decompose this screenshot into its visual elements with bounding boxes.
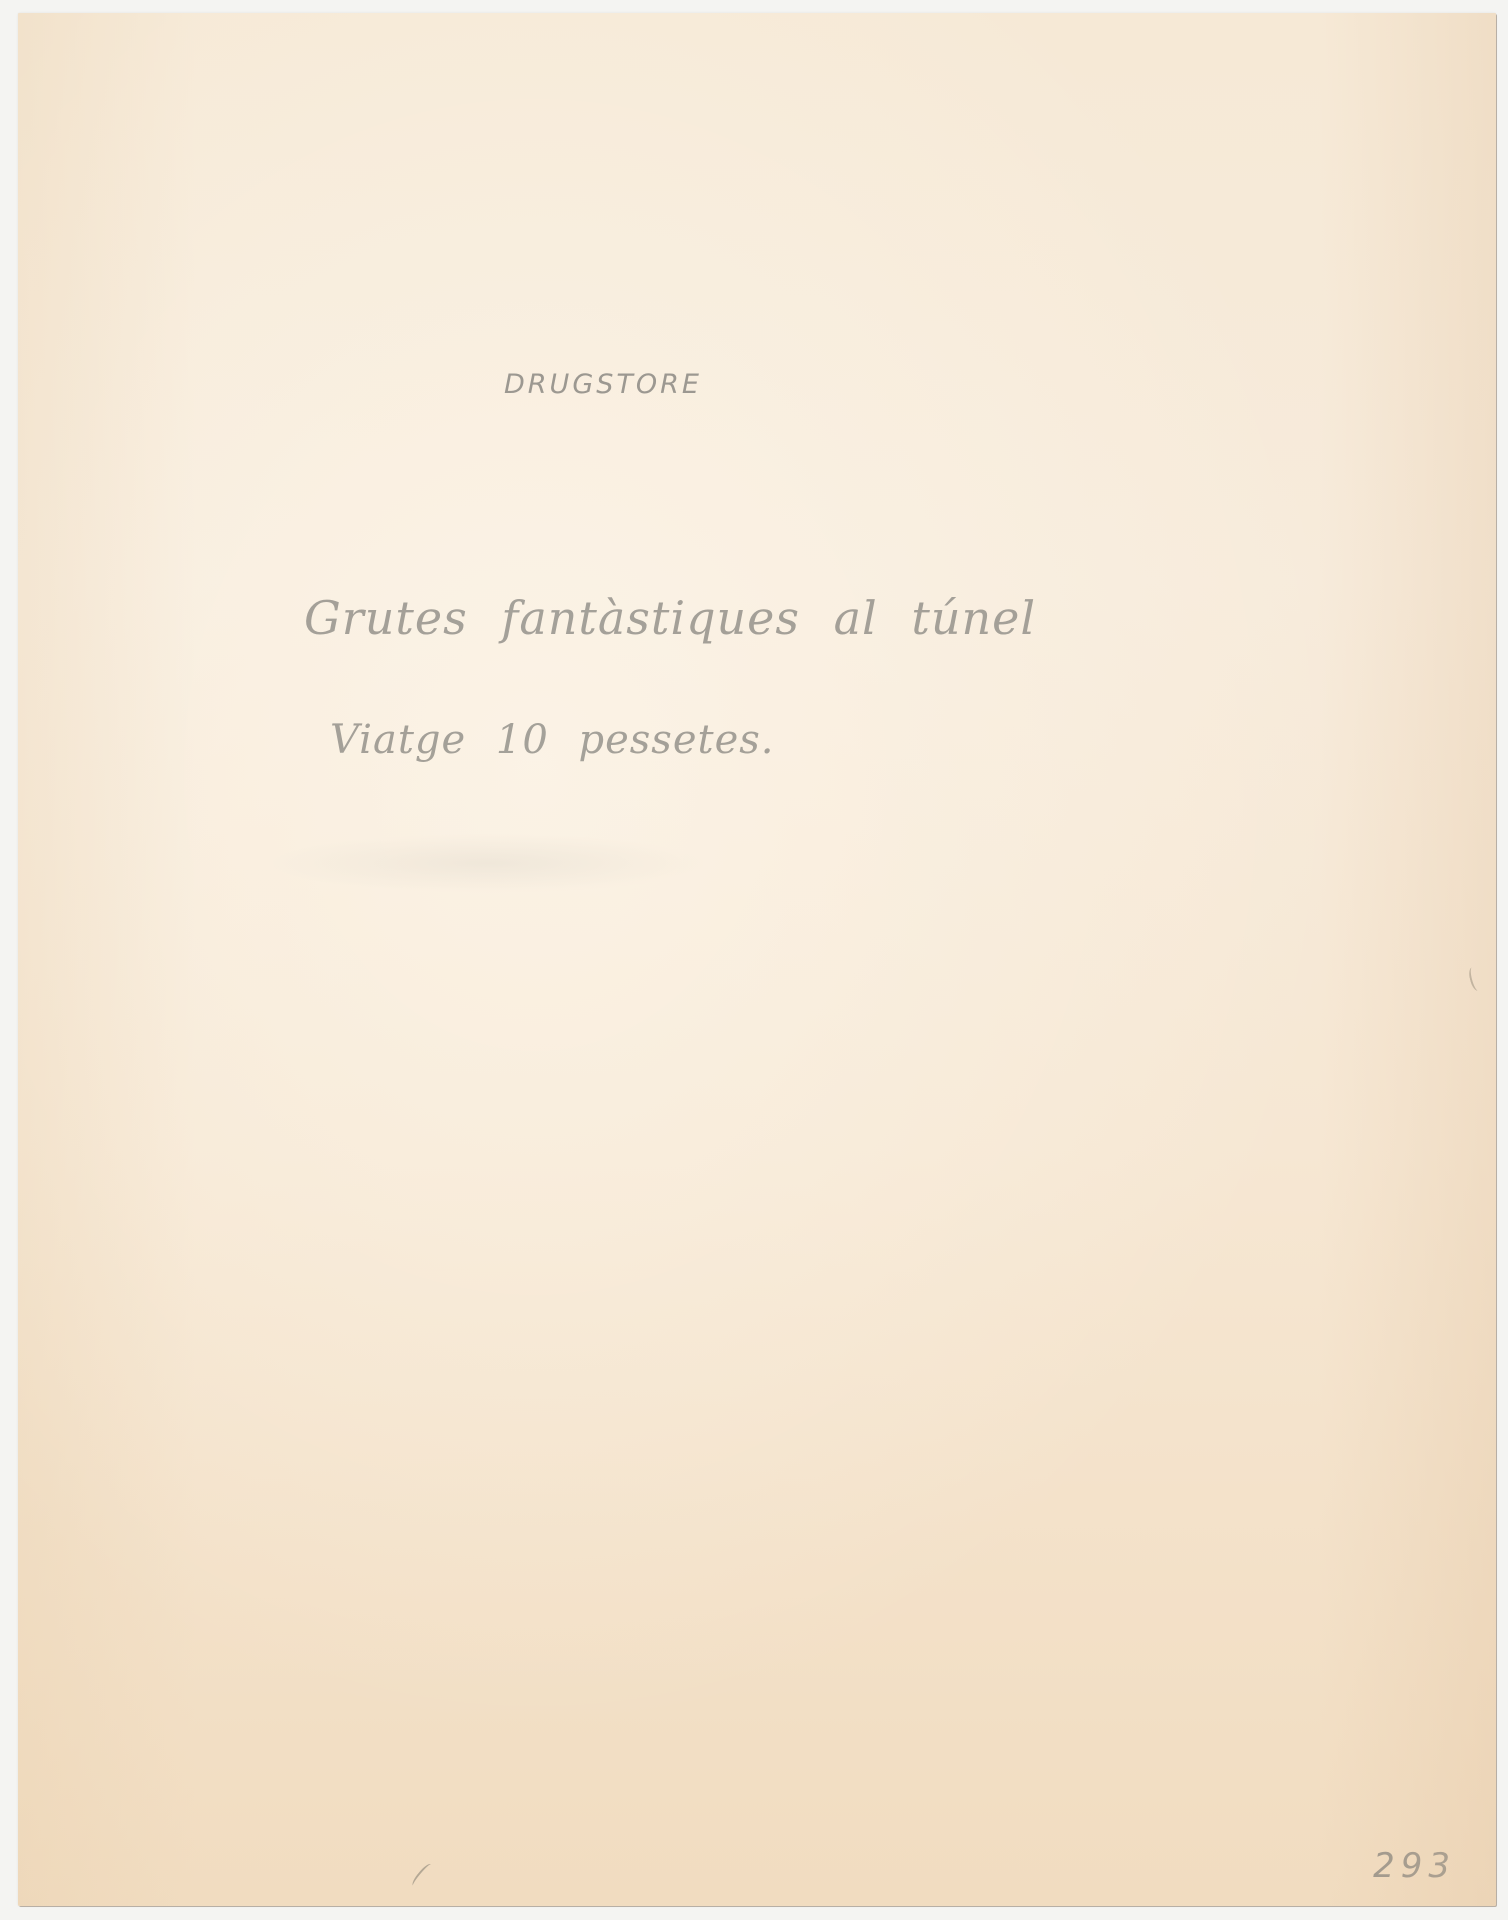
document-sheet: DRUGSTORE Grutes fantàstiques al túnel V… [18,13,1496,1906]
handwritten-line-1: Grutes fantàstiques al túnel [304,591,1036,645]
page-number: 293 [1373,1846,1456,1886]
document-heading: DRUGSTORE [504,369,702,400]
pencil-mark [410,1862,434,1889]
handwritten-line-2: Viatge 10 pessetes. [330,717,775,763]
pencil-mark [1467,966,1483,992]
pencil-smudge [268,833,708,893]
